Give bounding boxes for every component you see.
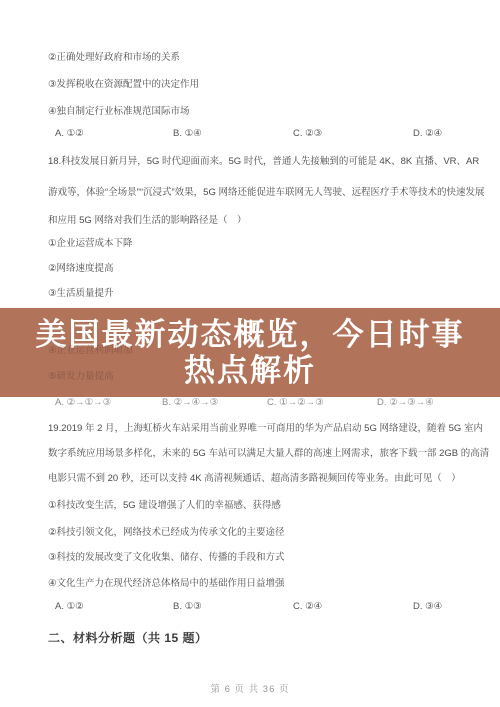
q18-option-a: A. ②→①→③ [55, 397, 111, 408]
q19-item-3: ③科技的发展改变了文化收集、储存、传播的手段和方式 [48, 551, 285, 564]
q18-item-covered-2: ⑤研发力量提高 [48, 368, 114, 382]
q18-stem-line-1: 18.科技发展日新月异，5G 时代迎面而来。5G 时代，普通人先接触到的可能是 … [48, 155, 479, 168]
q17-option-a: A. ①② [55, 128, 84, 139]
q18-item-3: ③生活质量提升 [48, 287, 114, 300]
q19-stem-line-1: 19.2019 年 2 月，上海虹桥火车站采用当前业界唯一可商用的华为产品启动 … [48, 422, 483, 435]
q17-option-c: C. ②③ [293, 128, 322, 139]
q17-item-2: ②正确处理好政府和市场的关系 [48, 51, 180, 64]
q18-options-row: A. ②→①→③ B. ②→④→③ C. ①→②→③ D. ②→③→④ [0, 397, 500, 411]
q17-item-4: ④独自制定行业标准规范国际市场 [48, 105, 190, 118]
q17-item-3: ③发挥税收在资源配置中的决定作用 [48, 78, 199, 91]
q18-item-1: ①企业运营成本下降 [48, 237, 133, 250]
q18-item-2: ②网络速度提高 [48, 262, 114, 275]
q18-option-c: C. ①→②→③ [267, 397, 324, 408]
q19-options-row: A. ①② B. ①③ C. ②④ D. ③④ [0, 601, 500, 615]
q19-option-b: B. ①③ [173, 601, 202, 612]
q18-stem-line-3: 和应用 5G 网络对我们生活的影响路径是（ ） [48, 214, 246, 227]
q18-option-d: D. ②→③→④ [377, 397, 434, 408]
q19-stem-line-3: 电影只需不到 20 秒，还可以支持 4K 高清视频通话、超高清多路视频回传等业务… [48, 472, 461, 485]
banner-title-line-2: 热点解析 [184, 353, 316, 389]
exam-page: ②正确处理好政府和市场的关系 ③发挥税收在资源配置中的决定作用 ④独自制定行业标… [0, 0, 500, 707]
q17-option-b: B. ①④ [173, 128, 202, 139]
page-number-footer: 第 6 页 共 36 页 [0, 681, 500, 695]
q18-item-covered-1: ④企业运营利润增加 [48, 342, 133, 356]
q19-option-a: A. ①② [55, 601, 84, 612]
q17-option-d: D. ②④ [413, 128, 442, 139]
q19-item-1: ①科技改变生活，5G 建设增强了人们的幸福感、获得感 [48, 499, 281, 512]
q19-item-4: ④文化生产力在现代经济总体格局中的基础作用日益增强 [48, 577, 285, 590]
q19-option-d: D. ③④ [413, 601, 442, 612]
q19-option-c: C. ②④ [293, 601, 322, 612]
q18-stem-line-2: 游戏等，体验“全场景”“沉浸式”效果，5G 网络还能促进车联网无人驾驶、远程医疗… [48, 186, 484, 199]
q19-item-2: ②科技引领文化，网络技术已经成为传承文化的主要途径 [48, 526, 285, 539]
q17-options-row: A. ①② B. ①④ C. ②③ D. ②④ [0, 128, 500, 142]
section-2-header: 二、材料分析题（共 15 题） [48, 629, 208, 646]
q18-option-b: B. ②→④→③ [162, 397, 218, 408]
q19-stem-line-2: 数字系统应用场景多样化，未来的 5G 车站可以满足大量人群的高速上网需求，旅客下… [48, 447, 489, 460]
news-banner-overlay[interactable]: ④企业运营利润增加 ⑤研发力量提高 美国最新动态概览，今日时事 热点解析 [0, 308, 500, 397]
